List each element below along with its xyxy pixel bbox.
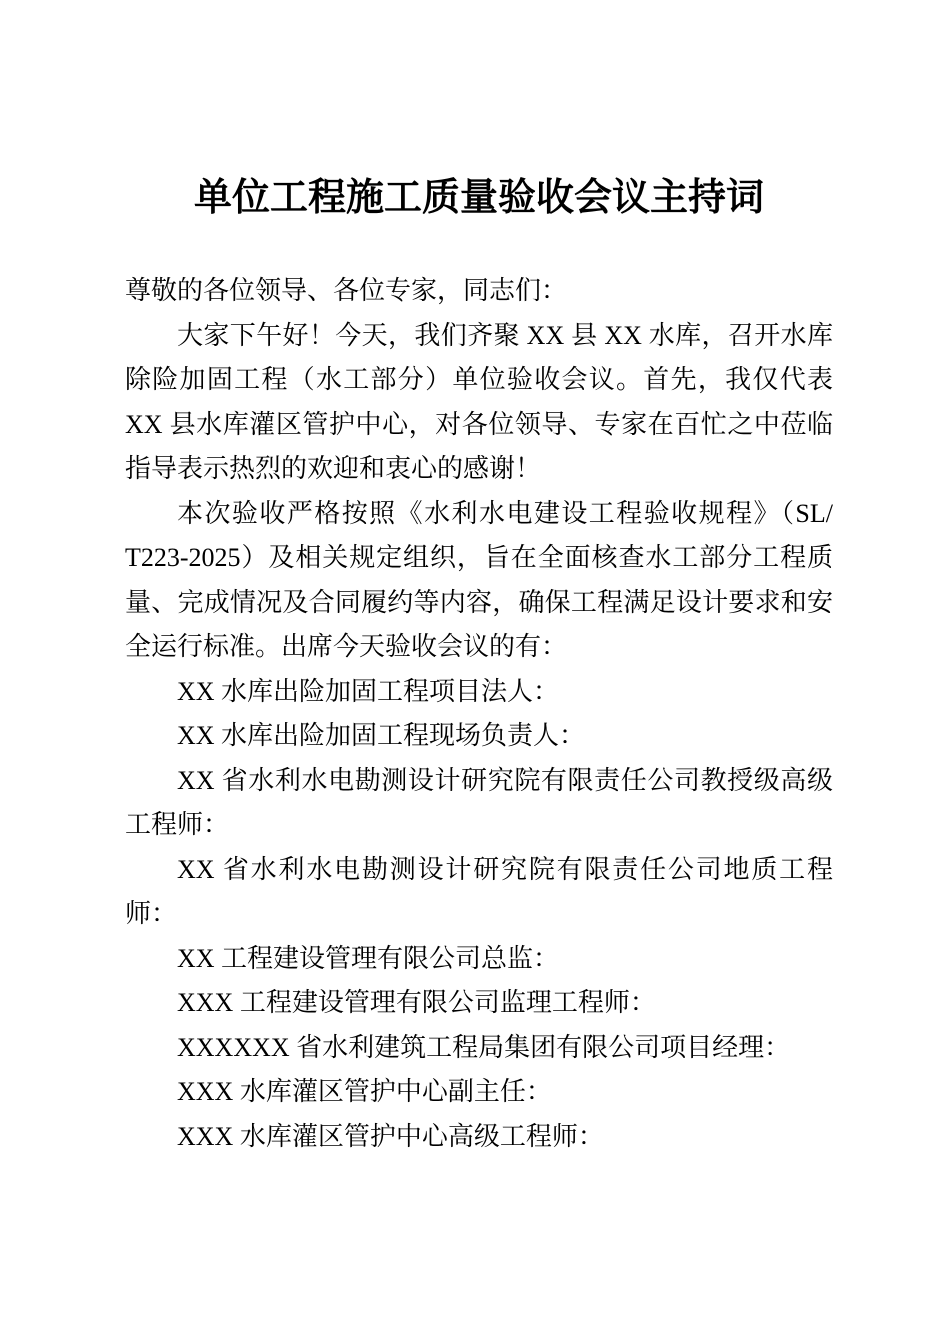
text-line: 全运行标准。出席今天验收会议的有： [125, 625, 833, 670]
text-line: XX 省水利水电勘测设计研究院有限责任公司教授级高级 [125, 759, 833, 804]
text-line: XX 水库出险加固工程项目法人： [125, 670, 833, 715]
text-line: XXX 水库灌区管护中心副主任： [125, 1070, 833, 1115]
text-line: 量、完成情况及合同履约等内容，确保工程满足设计要求和安 [125, 581, 833, 626]
text-line: 本次验收严格按照《水利水电建设工程验收规程》（SL/ [125, 492, 833, 537]
text-line: XX 县水库灌区管护中心，对各位领导、专家在百忙之中莅临 [125, 403, 833, 448]
text-line: 指导表示热烈的欢迎和衷心的感谢！ [125, 447, 833, 492]
text-line: XXX 水库灌区管护中心高级工程师： [125, 1115, 833, 1160]
text-line: 尊敬的各位领导、各位专家，同志们： [125, 269, 833, 314]
text-line: XXXXXX 省水利建筑工程局集团有限公司项目经理： [125, 1026, 833, 1071]
text-line: 师： [125, 892, 833, 937]
text-line: 工程师： [125, 803, 833, 848]
document-body: 尊敬的各位领导、各位专家，同志们：大家下午好！今天，我们齐聚 XX 县 XX 水… [125, 269, 833, 1159]
text-line: XX 水库出险加固工程现场负责人： [125, 714, 833, 759]
document-title: 单位工程施工质量验收会议主持词 [125, 170, 833, 227]
text-line: XX 工程建设管理有限公司总监： [125, 937, 833, 982]
text-line: XX 省水利水电勘测设计研究院有限责任公司地质工程 [125, 848, 833, 893]
text-line: 除险加固工程（水工部分）单位验收会议。首先，我仅代表 [125, 358, 833, 403]
text-line: 大家下午好！今天，我们齐聚 XX 县 XX 水库，召开水库 [125, 314, 833, 359]
text-line: T223-2025）及相关规定组织，旨在全面核查水工部分工程质 [125, 536, 833, 581]
document-page: 单位工程施工质量验收会议主持词 尊敬的各位领导、各位专家，同志们：大家下午好！今… [0, 0, 950, 1344]
text-line: XXX 工程建设管理有限公司监理工程师： [125, 981, 833, 1026]
